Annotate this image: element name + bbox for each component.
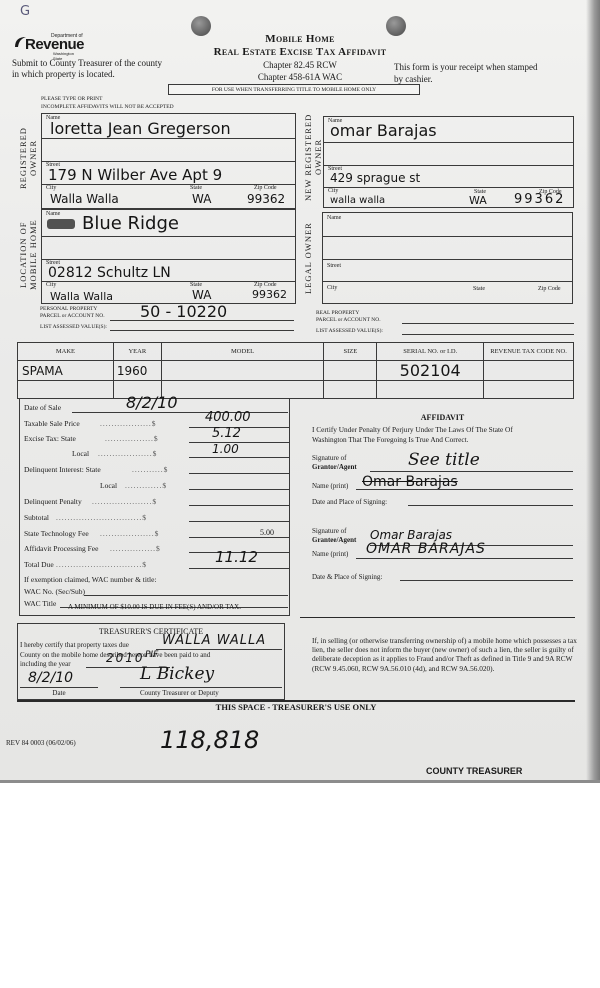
name-label: Name [327, 215, 341, 221]
leader-dots: .............$ [125, 481, 167, 490]
location-box: Name Blue Ridge Street 02812 Schultz LN … [41, 209, 296, 304]
date-of-sale-line [72, 400, 288, 413]
excise-local-label: Local [72, 449, 89, 458]
grantee-signature-label-2: Grantee/Agent [312, 536, 356, 544]
certificate-county[interactable]: WALLA WALLA [162, 633, 266, 648]
registered-owner-box: Name loretta Jean Gregerson Street 179 N… [41, 113, 296, 209]
personal-property-label-2: PARCEL or ACCOUNT NO. [40, 313, 105, 319]
certificate-line-3: including the year [20, 660, 71, 668]
table-header-row: MAKE YEAR MODEL SIZE SERIAL NO. or I.D. … [18, 343, 574, 361]
certificate-signer-label: County Treasurer or Deputy [140, 689, 219, 697]
delinquent-interest-local-label: Local [100, 481, 117, 490]
state-label: State [190, 185, 202, 191]
fraud-notice: If, in selling (or otherwise transferrin… [312, 636, 577, 673]
table-row: SPAMA 1960 502104 [18, 361, 574, 381]
state-technology-fee-label: State Technology Fee [24, 529, 89, 538]
grantee-date-label: Date & Place of Signing: [312, 573, 382, 581]
corner-mark: G [20, 4, 30, 19]
new-owner-name[interactable]: omar Barajas [330, 121, 437, 140]
excise-local-value[interactable]: 1.00 [212, 442, 239, 456]
real-property-label-1: REAL PROPERTY [316, 310, 359, 316]
minimum-due-note: A MINIMUM OF $10.00 IS DUE IN FEE(S) AND… [19, 603, 290, 611]
punch-hole-right [386, 16, 406, 36]
form-title-2: Real Estate Excise Tax Affidavit [185, 46, 415, 58]
table-row [18, 381, 574, 399]
cell-make[interactable]: SPAMA [18, 361, 114, 381]
city-label: City [46, 282, 56, 288]
grantor-signature[interactable]: See title [408, 450, 480, 470]
location-street[interactable]: 02812 Schultz LN [48, 265, 171, 281]
subtotal-label: Subtotal [24, 513, 49, 522]
excise-state-value[interactable]: 5.12 [212, 426, 241, 441]
registered-owner-label: REGISTERED OWNER [18, 118, 38, 198]
location-state[interactable]: WA [192, 288, 211, 302]
new-registered-owner-label: NEW REGISTERED OWNER [303, 113, 323, 201]
registered-owner-city[interactable]: Walla Walla [50, 192, 119, 206]
grantor-signature-label-2: Grantor/Agent [312, 463, 357, 471]
receipt-number: 118,818 [160, 726, 259, 754]
right-divider [300, 617, 575, 618]
grantor-date-label: Date and Place of Signing: [312, 498, 387, 506]
treasurer-use-banner: THIS SPACE - TREASURER'S USE ONLY [17, 702, 575, 712]
city-label: City [327, 285, 337, 291]
instruction-incomplete: INCOMPLETE AFFIDAVITS WILL NOT BE ACCEPT… [41, 104, 174, 110]
receipt-note-1: This form is your receipt when stamped [394, 62, 537, 72]
amount-line [189, 526, 289, 538]
name-label: Name [46, 211, 60, 217]
submit-instruction-2: in which property is located. [12, 69, 115, 79]
submit-instruction-1: Submit to County Treasurer of the county [12, 58, 162, 68]
header-make: MAKE [18, 343, 114, 361]
receipt-note-2: by cashier. [394, 74, 433, 84]
leader-dots: ..................$ [100, 419, 157, 428]
zip-label: Zip Code [254, 185, 277, 191]
use-banner: FOR USE WHEN TRANSFERRING TITLE TO MOBIL… [168, 84, 420, 95]
leader-dots: ...................$ [98, 449, 157, 458]
grantee-name-print[interactable]: OMAR BARAJAS [366, 541, 486, 557]
cell-serial[interactable]: 502104 [377, 361, 484, 381]
legal-owner-box: Name Street City State Zip Code [322, 212, 573, 304]
exemption-label: If exemption claimed, WAC number & title… [24, 575, 157, 584]
cell-model[interactable] [161, 381, 324, 399]
location-city[interactable]: Walla Walla [50, 290, 113, 303]
date-of-sale-label: Date of Sale [24, 403, 61, 412]
registered-owner-state[interactable]: WA [192, 192, 211, 206]
date-of-sale-value[interactable]: 8/2/10 [126, 393, 178, 412]
amount-line [189, 510, 289, 522]
registered-owner-street[interactable]: 179 N Wilber Ave Apt 9 [48, 166, 222, 184]
amount-line [189, 478, 289, 490]
total-due-value[interactable]: 11.12 [215, 548, 258, 566]
registered-owner-zip[interactable]: 99362 [247, 192, 285, 206]
chapter-rcw: Chapter 82.45 RCW [230, 60, 370, 70]
zip-label: Zip Code [538, 286, 561, 292]
amount-line [189, 462, 289, 474]
instruction-print: PLEASE TYPE OR PRINT [41, 96, 102, 102]
personal-parcel-number[interactable]: 50 - 10220 [140, 302, 227, 321]
legal-owner-label: LEGAL OWNER [303, 218, 323, 298]
grantee-date-line[interactable] [400, 572, 573, 581]
leader-dots: .....................$ [92, 497, 157, 506]
leader-dots: ..............................$ [56, 560, 147, 569]
real-parcel-line[interactable] [402, 314, 574, 324]
cell-size[interactable] [324, 381, 377, 399]
punch-hole-left [191, 16, 211, 36]
leader-dots: ...........$ [132, 465, 168, 474]
personal-property-label-1: PERSONAL PROPERTY [40, 306, 97, 312]
state-label: State [473, 286, 485, 292]
location-zip[interactable]: 99362 [252, 288, 287, 301]
certificate-year[interactable]: 2010 [106, 651, 145, 665]
form-title-1: Mobile Home [230, 33, 370, 45]
leader-dots: ................$ [110, 544, 161, 553]
location-name[interactable]: Blue Ridge [82, 213, 179, 234]
real-assessed-line[interactable] [402, 326, 574, 335]
street-label: Street [327, 263, 341, 269]
grantor-name-print[interactable]: Omar Barajas [362, 474, 458, 490]
certificate-line-1: I hereby certify that property taxes due [20, 641, 129, 649]
grantor-date-line[interactable] [408, 496, 573, 506]
new-owner-street[interactable]: 429 sprague st [330, 171, 420, 185]
grantor-signature-label-1: Signature of [312, 454, 346, 462]
personal-assessed-label: LIST ASSESSED VALUE(S): [40, 324, 107, 330]
taxable-sale-price-label: Taxable Sale Price [24, 419, 80, 428]
county-treasurer-stamp: COUNTY TREASURER [426, 766, 522, 776]
new-registered-owner-box: Name omar Barajas Street 429 sprague st … [323, 116, 574, 208]
affidavit-processing-fee-label: Affidavit Processing Fee [24, 544, 98, 553]
grantee-signature[interactable]: Omar Barajas [370, 528, 452, 542]
taxable-sale-price-value[interactable]: 400.00 [205, 410, 251, 425]
scribbled-out-text [47, 219, 75, 229]
delinquent-interest-state-label: Delinquent Interest: State [24, 465, 101, 474]
excise-state-label: Excise Tax: State [24, 434, 76, 443]
leader-dots: ..............................$ [56, 513, 147, 522]
certificate-date-label: Date [20, 689, 98, 697]
header-serial: SERIAL NO. or I.D. [377, 343, 484, 361]
personal-assessed-line[interactable] [110, 323, 294, 331]
grantee-name-label: Name (print) [312, 550, 348, 558]
header-size: SIZE [324, 343, 377, 361]
affidavit-heading: AFFIDAVIT [300, 413, 585, 422]
amount-line [189, 494, 289, 506]
city-label: City [46, 185, 56, 191]
leader-dots: .................$ [105, 434, 159, 443]
certificate-pif: PIF [145, 650, 158, 660]
certificate-date-line [20, 676, 98, 688]
header-model: MODEL [161, 343, 324, 361]
new-owner-city[interactable]: walla walla [330, 195, 385, 206]
affidavit-form-page: G Department of Revenue Washington State… [0, 0, 600, 783]
wac-no-line[interactable] [84, 586, 288, 596]
header-revenue-code: REVENUE TAX CODE NO. [484, 343, 574, 361]
treasurer-signature-line [120, 676, 282, 688]
affidavit-statement-1: I Certify Under Penalty Of Perjury Under… [312, 425, 513, 434]
state-technology-fee-value: 5.00 [260, 528, 274, 537]
wac-no-label: WAC No. (Sec/Sub) [24, 587, 85, 596]
city-label: City [328, 188, 338, 194]
chapter-wac: Chapter 458-61A WAC [230, 72, 370, 82]
new-owner-zip[interactable]: 99362 [514, 192, 565, 207]
form-revision: REV 84 0003 (06/02/06) [6, 739, 76, 747]
new-owner-state[interactable]: WA [469, 194, 487, 207]
grantor-name-label: Name (print) [312, 482, 348, 490]
real-assessed-label: LIST ASSESSED VALUE(S): [316, 328, 383, 334]
cell-serial[interactable] [377, 381, 484, 399]
cell-model[interactable] [161, 361, 324, 381]
cell-size[interactable] [324, 361, 377, 381]
grantee-signature-label-1: Signature of [312, 527, 346, 535]
amount-line [189, 446, 289, 458]
affidavit-statement-2: Washington That The Foregoing Is True An… [312, 435, 468, 444]
cell-make[interactable] [18, 381, 114, 399]
leader-dots: ...................$ [100, 529, 159, 538]
dor-logo: Department of Revenue Washington State [13, 33, 83, 55]
delinquent-penalty-label: Delinquent Penalty [24, 497, 82, 506]
header-year: YEAR [113, 343, 161, 361]
location-label: LOCATION OF MOBILE HOME [18, 210, 40, 300]
cell-year[interactable]: 1960 [113, 361, 161, 381]
cell-revenue-code[interactable] [484, 361, 574, 381]
cell-revenue-code[interactable] [484, 381, 574, 399]
registered-owner-name[interactable]: loretta Jean Gregerson [50, 119, 231, 138]
real-property-label-2: PARCEL or ACCOUNT NO. [316, 317, 381, 323]
total-due-label: Total Due [24, 560, 54, 569]
mobile-home-description-table: MAKE YEAR MODEL SIZE SERIAL NO. or I.D. … [17, 342, 574, 399]
